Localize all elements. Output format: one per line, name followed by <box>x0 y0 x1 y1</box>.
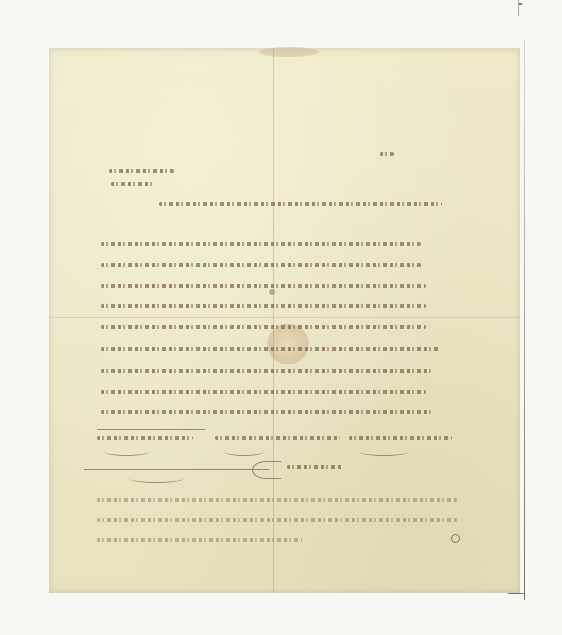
body-line: [illegible script line 9] <box>101 407 431 417</box>
seal-curve-mark <box>252 461 281 479</box>
reference-number: [illegible numeral mark, top right] <box>380 149 394 159</box>
scan-crop-mark-top <box>518 0 519 16</box>
flourish-mark <box>224 447 264 456</box>
body-line: [illegible script line 5] <box>101 322 426 332</box>
footer-line: [illegible script footer line 2] <box>97 515 457 525</box>
signature-note: [illegible script – signature/annotation… <box>287 462 342 472</box>
paper-fold-vertical <box>273 49 274 593</box>
flourish-mark <box>359 447 409 456</box>
totals-rule <box>97 429 205 430</box>
body-line: [illegible script line 6] <box>101 344 441 354</box>
footer-line: [illegible script footer line 3] <box>97 535 302 545</box>
signature-rule <box>84 469 269 470</box>
body-line: [illegible script line 2] <box>101 260 421 270</box>
body-line: [illegible script line 8] <box>101 387 426 397</box>
body-line: [illegible script line 1] <box>101 239 421 249</box>
totals-entry: [illegible script – column entry 1] <box>97 433 193 443</box>
paper-stain-top <box>259 47 319 57</box>
scan-crop-mark-bottom <box>508 593 525 594</box>
date-line-2: [illegible script – date line] <box>111 179 155 189</box>
body-line: [illegible script line 7] <box>101 366 431 376</box>
body-line: [illegible script line 4] <box>101 301 426 311</box>
totals-entry: [illegible script – column entry 2] <box>215 433 340 443</box>
paper-fold-horizontal <box>49 317 520 318</box>
body-line: [illegible script line 3] <box>101 281 426 291</box>
manuscript-page: [illegible numeral mark, top right] [ill… <box>49 48 520 593</box>
footer-line: [illegible script footer line 1] <box>97 495 457 505</box>
date-line-1: [illegible script – date line] <box>109 166 174 176</box>
flourish-mark <box>129 474 184 483</box>
flourish-mark <box>104 447 149 456</box>
circle-mark <box>451 534 460 543</box>
totals-entry: [illegible script – column entry 3] <box>349 433 452 443</box>
scan-edge-right <box>524 40 525 600</box>
title-line: [illegible script – heading line] <box>159 199 442 209</box>
